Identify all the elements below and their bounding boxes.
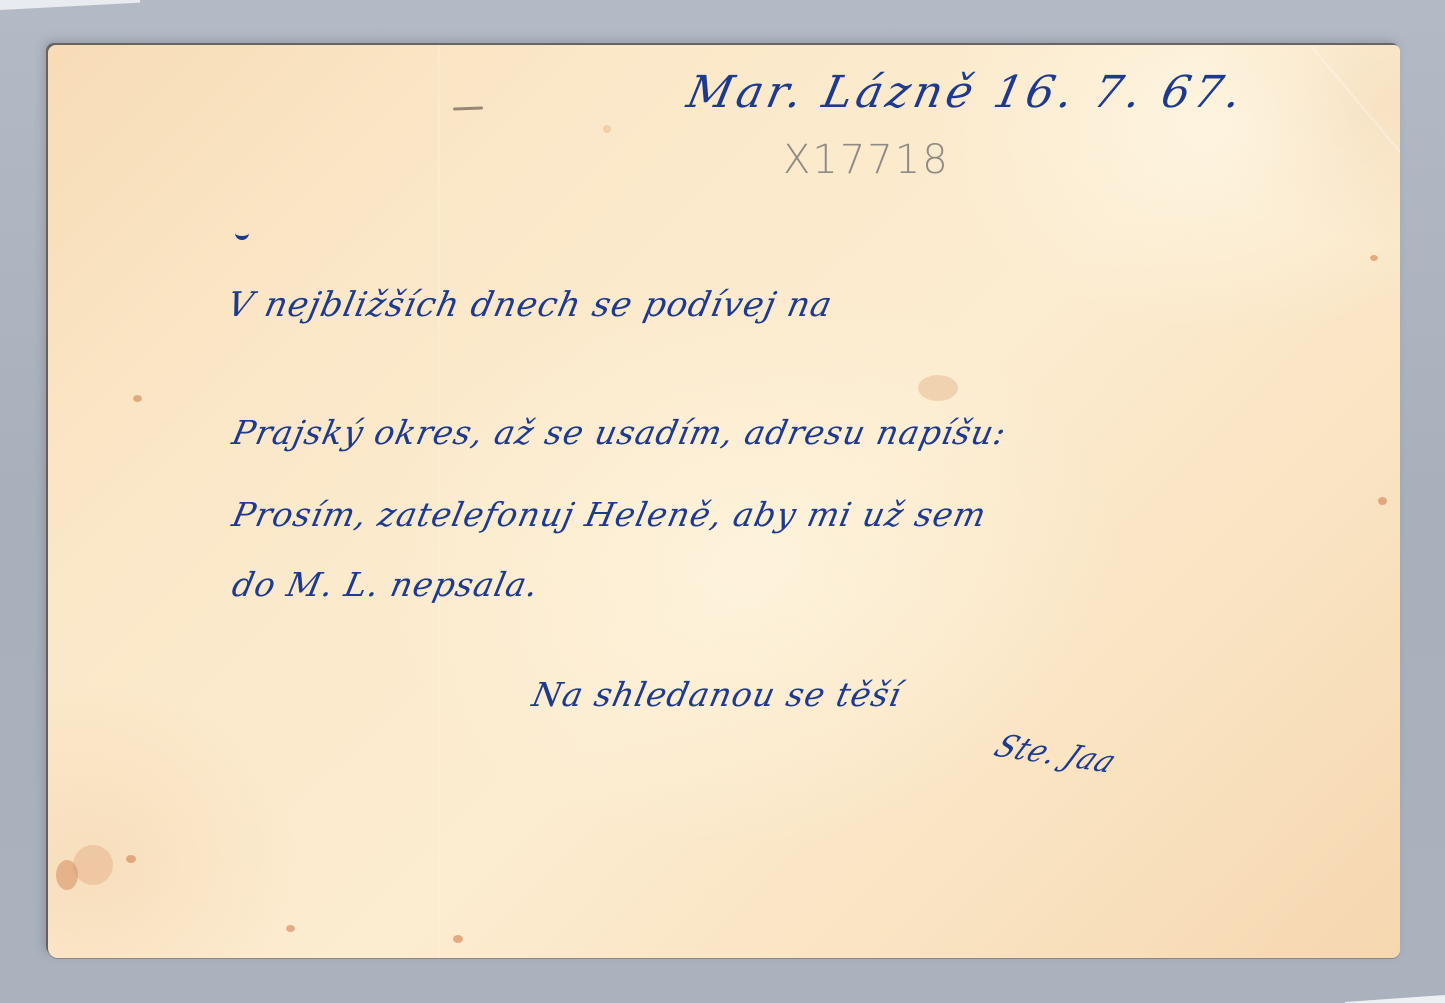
foxing-spot (1370, 255, 1378, 261)
postcard: Mar. Lázně 16. 7. 67. X17718 V nejbližší… (48, 45, 1400, 958)
scanner-background-corner (1345, 995, 1445, 1003)
pencil-mark (453, 106, 483, 110)
foxing-spot (286, 925, 295, 932)
foxing-spot (126, 855, 136, 863)
foxing-spot (603, 125, 611, 133)
foxing-spot (133, 395, 142, 402)
foxing-spot (73, 845, 113, 885)
message-line: Prajský okres, až se usadím, adresu napí… (229, 413, 1010, 452)
closing-line: Na shledanou se těší (529, 675, 906, 714)
message-line: do M. L. nepsala. (229, 565, 543, 604)
scanner-background-corner (0, 0, 140, 10)
signature: Ste. Jaa (988, 728, 1124, 780)
dateline: Mar. Lázně 16. 7. 67. (683, 67, 1250, 118)
message-line: V nejbližších dnech se podívej na (224, 285, 837, 325)
foxing-spot (918, 375, 958, 401)
archive-number: X17718 (783, 137, 950, 183)
caron-mark (235, 232, 249, 240)
paper-crease (1310, 45, 1400, 184)
message-line: Prosím, zatelefonuj Heleně, aby mi už se… (229, 495, 990, 534)
foxing-spot (453, 935, 463, 943)
foxing-spot (1378, 497, 1387, 505)
